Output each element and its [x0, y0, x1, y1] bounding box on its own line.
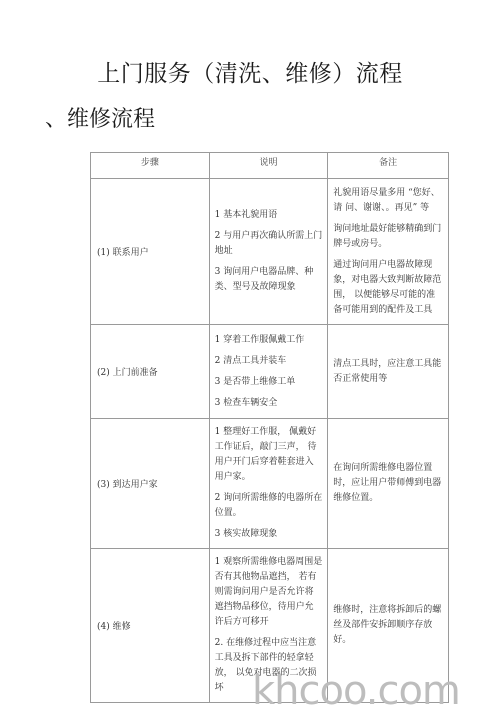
description-cell: 1 基本礼貌用语 2 与用户再次确认所需上门地址 3 询问用户电器品牌、种类、型… — [209, 179, 328, 325]
table-row: (3) 到达用户家 1 整理好工作服， 佩戴好工作证后，敲门三声， 待用户开门后… — [91, 419, 449, 549]
note-item: 礼貌用语尽量多用 “您好、请 问、谢谢、。再见” 等 — [333, 186, 443, 216]
repair-process-table: 步骤 说明 备注 (1) 联系用户 1 基本礼貌用语 2 与用户再次确认所需上门… — [90, 152, 449, 703]
description-item: 1 基本礼貌用语 — [215, 208, 323, 223]
description-item: 2 与用户再次确认所需上门地址 — [215, 229, 323, 259]
notes-cell: 在询问所需维修电器位置时，应让用户带师傅到电器维修位置。 — [328, 419, 449, 549]
description-item: 2 询问所需维修的电器所在位置。 — [215, 491, 323, 521]
description-cell: 1 整理好工作服， 佩戴好工作证后，敲门三声， 待用户开门后穿着鞋套进入用户家。… — [209, 419, 328, 549]
header-description: 说明 — [209, 153, 328, 179]
description-item: 3 询问用户电器品牌、种类、型号及故障现象 — [215, 265, 323, 295]
description-item: 3 核实故障现象 — [215, 527, 323, 542]
step-cell: (4) 维修 — [91, 549, 210, 703]
watermark: khcoo.com — [252, 668, 460, 708]
description-item: 1 整理好工作服， 佩戴好工作证后，敲门三声， 待用户开门后穿着鞋套进入用户家。 — [215, 425, 323, 485]
description-cell: 1 穿着工作服佩戴工作 2 清点工具并装车 3 是否带上维修工单 3 检查车辆安… — [209, 325, 328, 419]
table-row: (2) 上门前准备 1 穿着工作服佩戴工作 2 清点工具并装车 3 是否带上维修… — [91, 325, 449, 419]
description-item: 1 穿着工作服佩戴工作 — [215, 333, 323, 348]
description-item: 3 是否带上维修工单 — [215, 375, 323, 390]
note-item: 通过询问用户电器故障现象，对电器大致判断故障范围， 以便能够尽可能的准备可能用到… — [333, 258, 443, 318]
section-heading: 、维修流程 — [45, 102, 155, 133]
step-cell: (2) 上门前准备 — [91, 325, 210, 419]
header-notes: 备注 — [328, 153, 449, 179]
note-item: 在询问所需维修电器位置时，应让用户带师傅到电器维修位置。 — [333, 461, 443, 506]
document-title: 上门服务（清洗、维修）流程 — [0, 55, 500, 88]
note-item: 维修时，注意将拆卸后的螺丝及部件安拆卸顺序存放好。 — [333, 603, 443, 648]
description-item: 1 观察所需维修电器周围是否有其他物品遮挡， 若有则需询问用户是否允许将遮挡物品… — [215, 555, 323, 630]
note-item: 询问地址最好能够精确到门牌号或房号。 — [333, 222, 443, 252]
step-cell: (1) 联系用户 — [91, 179, 210, 325]
table-header-row: 步骤 说明 备注 — [91, 153, 449, 179]
step-cell: (3) 到达用户家 — [91, 419, 210, 549]
header-step: 步骤 — [91, 153, 210, 179]
note-item: 清点工具时，应注意工具能否正常使用等 — [333, 357, 443, 387]
table-row: (1) 联系用户 1 基本礼貌用语 2 与用户再次确认所需上门地址 3 询问用户… — [91, 179, 449, 325]
notes-cell: 礼貌用语尽量多用 “您好、请 问、谢谢、。再见” 等 询问地址最好能够精确到门牌… — [328, 179, 449, 325]
description-item: 3 检查车辆安全 — [215, 396, 323, 411]
notes-cell: 清点工具时，应注意工具能否正常使用等 — [328, 325, 449, 419]
description-item: 2 清点工具并装车 — [215, 354, 323, 369]
